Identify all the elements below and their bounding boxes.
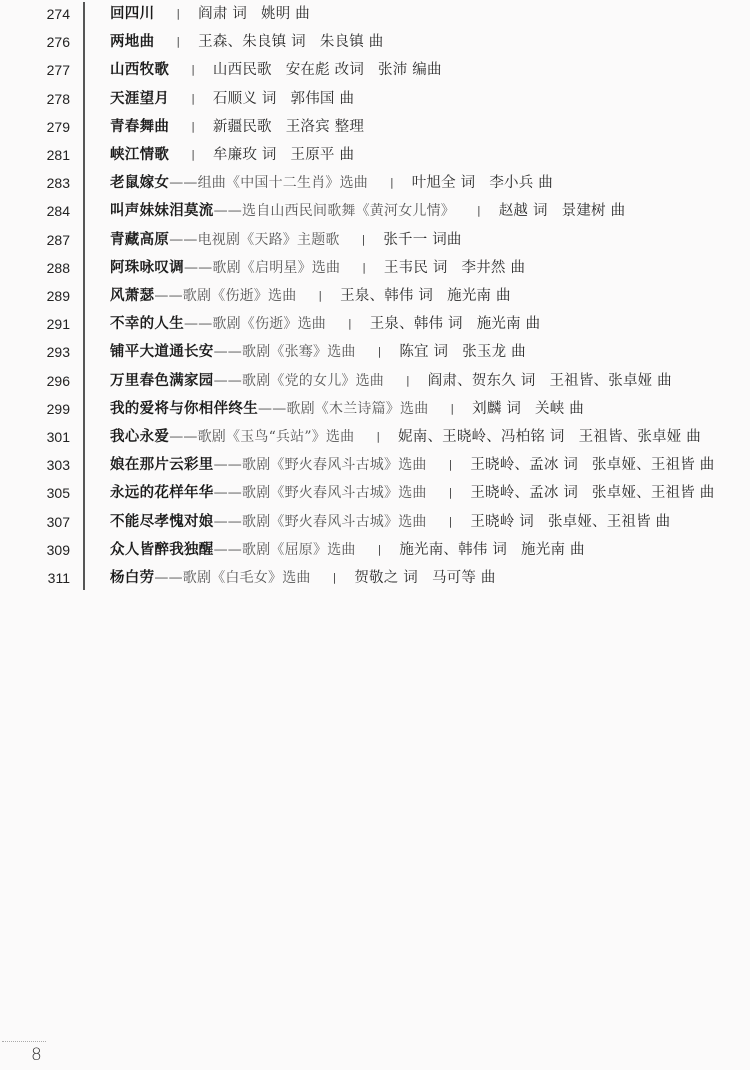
toc-page-number: 303 — [30, 451, 70, 479]
song-credits: 王森、朱良镇 词朱良镇 曲 — [198, 34, 383, 50]
toc-entry: 307不能尽孝愧对娘——歌剧《野火春风斗古城》选曲|王晓岭 词张卓娅、王祖皆 曲 — [0, 508, 750, 536]
song-source: ——歌剧《野火春风斗古城》选曲 — [214, 457, 427, 473]
song-title: 天涯望月 — [110, 91, 169, 107]
credit-item: 王晓岭 词 — [470, 514, 534, 530]
song-title: 回四川 — [110, 6, 154, 22]
credit-item: 安在彪 改词 — [286, 62, 364, 78]
song-credits: 赵越 词景建树 曲 — [499, 203, 626, 219]
song-title: 风萧瑟 — [110, 288, 154, 304]
toc-page-number: 287 — [30, 226, 70, 254]
separator-bar: | — [176, 0, 180, 28]
page-number: 8 — [31, 1045, 42, 1065]
toc-entry: 305永远的花样年华——歌剧《野火春风斗古城》选曲|王晓岭、孟冰 词张卓娅、王祖… — [0, 479, 750, 507]
toc-entry: 288阿珠咏叹调——歌剧《启明星》选曲|王韦民 词李井然 曲 — [0, 254, 750, 282]
credit-item: 阎肃 词 — [198, 6, 247, 22]
song-credits: 新疆民歌王洛宾 整理 — [213, 119, 364, 135]
toc-entry: 291不幸的人生——歌剧《伤逝》选曲|王泉、韩伟 词施光南 曲 — [0, 310, 750, 338]
toc-page-number: 311 — [30, 564, 70, 592]
song-title: 铺平大道通长安 — [110, 344, 214, 360]
credit-item: 张玉龙 曲 — [462, 344, 526, 360]
song-source: ——歌剧《伤逝》选曲 — [184, 316, 326, 332]
song-credits: 王泉、韩伟 词施光南 曲 — [370, 316, 541, 332]
toc-entry: 299我的爱将与你相伴终生——歌剧《木兰诗篇》选曲|刘麟 词关峡 曲 — [0, 395, 750, 423]
song-title: 我的爱将与你相伴终生 — [110, 401, 258, 417]
song-credits: 贺敬之 词马可等 曲 — [354, 570, 495, 586]
toc-page-number: 293 — [30, 338, 70, 366]
separator-bar: | — [191, 113, 195, 141]
song-source: ——歌剧《张骞》选曲 — [214, 344, 356, 360]
song-source: ——电视剧《天路》主题歌 — [169, 232, 339, 248]
separator-bar: | — [378, 338, 382, 366]
toc-entry-text: 杨白劳——歌剧《白毛女》选曲|贺敬之 词马可等 曲 — [110, 564, 496, 592]
credit-item: 石顺义 词 — [213, 91, 277, 107]
toc-page-number: 305 — [30, 479, 70, 507]
separator-bar: | — [362, 226, 366, 254]
toc-page-number: 278 — [30, 85, 70, 113]
credit-item: 张千一 词曲 — [383, 232, 461, 248]
separator-bar: | — [449, 479, 453, 507]
credit-item: 李井然 曲 — [462, 260, 526, 276]
toc-entry: 281峡江情歌|牟廉玫 词王原平 曲 — [0, 141, 750, 169]
song-source: ——歌剧《野火春风斗古城》选曲 — [214, 514, 427, 530]
song-title: 两地曲 — [110, 34, 154, 50]
toc-entry-text: 青藏高原——电视剧《天路》主题歌|张千一 词曲 — [110, 226, 462, 254]
separator-bar: | — [406, 367, 410, 395]
separator-bar: | — [333, 564, 337, 592]
separator-bar: | — [449, 451, 453, 479]
footer-dotted-rule — [2, 1041, 46, 1042]
toc-page-number: 309 — [30, 536, 70, 564]
toc-entry-text: 众人皆醉我独醒——歌剧《屈原》选曲|施光南、韩伟 词施光南 曲 — [110, 536, 585, 564]
song-credits: 施光南、韩伟 词施光南 曲 — [399, 542, 584, 558]
credit-item: 张沛 编曲 — [378, 62, 442, 78]
song-title: 永远的花样年华 — [110, 485, 214, 501]
credit-item: 王祖皆、张卓娅 曲 — [549, 373, 671, 389]
separator-bar: | — [449, 508, 453, 536]
song-credits: 牟廉玫 词王原平 曲 — [213, 147, 354, 163]
toc-page-number: 284 — [30, 197, 70, 225]
toc-entry-text: 山西牧歌|山西民歌安在彪 改词张沛 编曲 — [110, 56, 442, 84]
song-title: 我心永爱 — [110, 429, 169, 445]
song-source: ——选自山西民间歌舞《黄河女儿情》 — [214, 203, 455, 219]
song-source: ——歌剧《白毛女》选曲 — [154, 570, 310, 586]
song-source: ——歌剧《木兰诗篇》选曲 — [258, 401, 428, 417]
credit-item: 王韦民 词 — [384, 260, 448, 276]
song-credits: 王晓岭、孟冰 词张卓娅、王祖皆 曲 — [470, 485, 714, 501]
credit-item: 张卓娅、王祖皆 曲 — [592, 485, 714, 501]
toc-page-number: 281 — [30, 141, 70, 169]
song-title: 叫声妹妹泪莫流 — [110, 203, 214, 219]
separator-bar: | — [191, 85, 195, 113]
credit-item: 李小兵 曲 — [489, 175, 553, 191]
toc-page-number: 296 — [30, 367, 70, 395]
song-source: ——歌剧《伤逝》选曲 — [154, 288, 296, 304]
toc-entry: 293铺平大道通长安——歌剧《张骞》选曲|陈宜 词张玉龙 曲 — [0, 338, 750, 366]
toc-page-number: 288 — [30, 254, 70, 282]
credit-item: 贺敬之 词 — [354, 570, 418, 586]
credit-item: 陈宜 词 — [399, 344, 448, 360]
song-title: 娘在那片云彩里 — [110, 457, 214, 473]
credit-item: 王洛宾 整理 — [286, 119, 364, 135]
song-title: 山西牧歌 — [110, 62, 169, 78]
song-source: ——歌剧《启明星》选曲 — [184, 260, 340, 276]
separator-bar: | — [362, 254, 366, 282]
toc-entry-text: 峡江情歌|牟廉玫 词王原平 曲 — [110, 141, 354, 169]
song-title: 万里春色满家园 — [110, 373, 214, 389]
toc-entry-text: 不幸的人生——歌剧《伤逝》选曲|王泉、韩伟 词施光南 曲 — [110, 310, 540, 338]
song-credits: 王韦民 词李井然 曲 — [384, 260, 525, 276]
separator-bar: | — [477, 197, 481, 225]
credit-item: 妮南、王晓岭、冯柏铭 词 — [398, 429, 565, 445]
toc-page-number: 276 — [30, 28, 70, 56]
song-credits: 妮南、王晓岭、冯柏铭 词王祖皆、张卓娅 曲 — [398, 429, 701, 445]
toc-entry-text: 阿珠咏叹调——歌剧《启明星》选曲|王韦民 词李井然 曲 — [110, 254, 525, 282]
toc-entry-text: 天涯望月|石顺义 词郭伟国 曲 — [110, 85, 354, 113]
credit-item: 施光南 曲 — [477, 316, 541, 332]
song-credits: 王晓岭、孟冰 词张卓娅、王祖皆 曲 — [470, 457, 714, 473]
toc-entry-text: 青春舞曲|新疆民歌王洛宾 整理 — [110, 113, 364, 141]
separator-bar: | — [191, 141, 195, 169]
separator-bar: | — [390, 169, 394, 197]
toc-entry: 274回四川|阎肃 词姚明 曲 — [0, 0, 750, 28]
toc-entry: 279青春舞曲|新疆民歌王洛宾 整理 — [0, 113, 750, 141]
toc-entry: 296万里春色满家园——歌剧《党的女儿》选曲|阎肃、贺东久 词王祖皆、张卓娅 曲 — [0, 367, 750, 395]
credit-item: 施光南、韩伟 词 — [399, 542, 507, 558]
credit-item: 王泉、韩伟 词 — [340, 288, 433, 304]
song-credits: 王泉、韩伟 词施光南 曲 — [340, 288, 511, 304]
toc-entry: 301我心永爱——歌剧《玉鸟“兵站”》选曲|妮南、王晓岭、冯柏铭 词王祖皆、张卓… — [0, 423, 750, 451]
song-credits: 叶旭全 词李小兵 曲 — [412, 175, 553, 191]
song-source: ——歌剧《党的女儿》选曲 — [214, 373, 384, 389]
credit-item: 施光南 曲 — [447, 288, 511, 304]
credit-item: 刘麟 词 — [472, 401, 521, 417]
toc-entry-text: 我的爱将与你相伴终生——歌剧《木兰诗篇》选曲|刘麟 词关峡 曲 — [110, 395, 584, 423]
song-title: 不能尽孝愧对娘 — [110, 514, 214, 530]
song-credits: 刘麟 词关峡 曲 — [472, 401, 584, 417]
toc-page-number: 299 — [30, 395, 70, 423]
song-title: 众人皆醉我独醒 — [110, 542, 214, 558]
credit-item: 王祖皆、张卓娅 曲 — [579, 429, 701, 445]
toc-page-number: 291 — [30, 310, 70, 338]
credit-item: 张卓娅、王祖皆 曲 — [548, 514, 670, 530]
toc-entry-text: 永远的花样年华——歌剧《野火春风斗古城》选曲|王晓岭、孟冰 词张卓娅、王祖皆 曲 — [110, 479, 714, 507]
credit-item: 马可等 曲 — [432, 570, 496, 586]
song-title: 杨白劳 — [110, 570, 154, 586]
toc-page-number: 301 — [30, 423, 70, 451]
separator-bar: | — [176, 28, 180, 56]
song-title: 峡江情歌 — [110, 147, 169, 163]
credit-item: 王原平 曲 — [291, 147, 355, 163]
toc-entry-text: 不能尽孝愧对娘——歌剧《野火春风斗古城》选曲|王晓岭 词张卓娅、王祖皆 曲 — [110, 508, 670, 536]
credit-item: 阎肃、贺东久 词 — [428, 373, 536, 389]
song-credits: 石顺义 词郭伟国 曲 — [213, 91, 354, 107]
toc-entry: 303娘在那片云彩里——歌剧《野火春风斗古城》选曲|王晓岭、孟冰 词张卓娅、王祖… — [0, 451, 750, 479]
toc-entry: 309众人皆醉我独醒——歌剧《屈原》选曲|施光南、韩伟 词施光南 曲 — [0, 536, 750, 564]
separator-bar: | — [318, 282, 322, 310]
separator-bar: | — [378, 536, 382, 564]
song-source: ——歌剧《屈原》选曲 — [214, 542, 356, 558]
toc-entry: 277山西牧歌|山西民歌安在彪 改词张沛 编曲 — [0, 56, 750, 84]
credit-item: 姚明 曲 — [261, 6, 310, 22]
toc-page-number: 277 — [30, 56, 70, 84]
separator-bar: | — [191, 56, 195, 84]
credit-item: 王森、朱良镇 词 — [198, 34, 306, 50]
credit-item: 景建树 曲 — [562, 203, 626, 219]
toc-entry-text: 风萧瑟——歌剧《伤逝》选曲|王泉、韩伟 词施光南 曲 — [110, 282, 511, 310]
toc-entry: 287青藏高原——电视剧《天路》主题歌|张千一 词曲 — [0, 226, 750, 254]
credit-item: 张卓娅、王祖皆 曲 — [592, 457, 714, 473]
credit-item: 朱良镇 曲 — [320, 34, 384, 50]
toc-page-number: 274 — [30, 0, 70, 28]
song-credits: 阎肃、贺东久 词王祖皆、张卓娅 曲 — [428, 373, 672, 389]
credit-item: 山西民歌 — [213, 62, 272, 78]
song-title: 青藏高原 — [110, 232, 169, 248]
song-credits: 王晓岭 词张卓娅、王祖皆 曲 — [470, 514, 670, 530]
credit-item: 王泉、韩伟 词 — [370, 316, 463, 332]
toc-entry: 276两地曲|王森、朱良镇 词朱良镇 曲 — [0, 28, 750, 56]
toc-page-number: 283 — [30, 169, 70, 197]
separator-bar: | — [450, 395, 454, 423]
separator-bar: | — [376, 423, 380, 451]
song-title: 不幸的人生 — [110, 316, 184, 332]
credit-item: 叶旭全 词 — [412, 175, 476, 191]
song-credits: 张千一 词曲 — [383, 232, 461, 248]
song-source: ——组曲《中国十二生肖》选曲 — [169, 175, 368, 191]
song-credits: 陈宜 词张玉龙 曲 — [399, 344, 526, 360]
song-source: ——歌剧《野火春风斗古城》选曲 — [214, 485, 427, 501]
toc-entry: 311杨白劳——歌剧《白毛女》选曲|贺敬之 词马可等 曲 — [0, 564, 750, 592]
song-source: ——歌剧《玉鸟“兵站”》选曲 — [169, 429, 354, 445]
toc-entry-text: 回四川|阎肃 词姚明 曲 — [110, 0, 310, 28]
toc-entry-text: 娘在那片云彩里——歌剧《野火春风斗古城》选曲|王晓岭、孟冰 词张卓娅、王祖皆 曲 — [110, 451, 714, 479]
song-title: 青春舞曲 — [110, 119, 169, 135]
credit-item: 施光南 曲 — [521, 542, 585, 558]
toc-entry: 284叫声妹妹泪莫流——选自山西民间歌舞《黄河女儿情》|赵越 词景建树 曲 — [0, 197, 750, 225]
toc-page-number: 289 — [30, 282, 70, 310]
separator-bar: | — [348, 310, 352, 338]
credit-item: 赵越 词 — [499, 203, 548, 219]
credit-item: 牟廉玫 词 — [213, 147, 277, 163]
credit-item: 关峡 曲 — [535, 401, 584, 417]
credit-item: 王晓岭、孟冰 词 — [470, 485, 578, 501]
credit-item: 郭伟国 曲 — [291, 91, 355, 107]
toc-page-number: 279 — [30, 113, 70, 141]
credit-item: 王晓岭、孟冰 词 — [470, 457, 578, 473]
song-credits: 山西民歌安在彪 改词张沛 编曲 — [213, 62, 442, 78]
song-credits: 阎肃 词姚明 曲 — [198, 6, 310, 22]
toc-page-number: 307 — [30, 508, 70, 536]
toc-entry-text: 老鼠嫁女——组曲《中国十二生肖》选曲|叶旭全 词李小兵 曲 — [110, 169, 553, 197]
toc-entry-text: 万里春色满家园——歌剧《党的女儿》选曲|阎肃、贺东久 词王祖皆、张卓娅 曲 — [110, 367, 672, 395]
song-title: 阿珠咏叹调 — [110, 260, 184, 276]
song-title: 老鼠嫁女 — [110, 175, 169, 191]
toc-entry-text: 铺平大道通长安——歌剧《张骞》选曲|陈宜 词张玉龙 曲 — [110, 338, 526, 366]
toc-entry: 283老鼠嫁女——组曲《中国十二生肖》选曲|叶旭全 词李小兵 曲 — [0, 169, 750, 197]
toc-entry: 289风萧瑟——歌剧《伤逝》选曲|王泉、韩伟 词施光南 曲 — [0, 282, 750, 310]
toc-entry-text: 叫声妹妹泪莫流——选自山西民间歌舞《黄河女儿情》|赵越 词景建树 曲 — [110, 197, 625, 225]
toc-entry: 278天涯望月|石顺义 词郭伟国 曲 — [0, 85, 750, 113]
toc-entry-text: 我心永爱——歌剧《玉鸟“兵站”》选曲|妮南、王晓岭、冯柏铭 词王祖皆、张卓娅 曲 — [110, 423, 701, 451]
toc-entry-text: 两地曲|王森、朱良镇 词朱良镇 曲 — [110, 28, 383, 56]
credit-item: 新疆民歌 — [213, 119, 272, 135]
